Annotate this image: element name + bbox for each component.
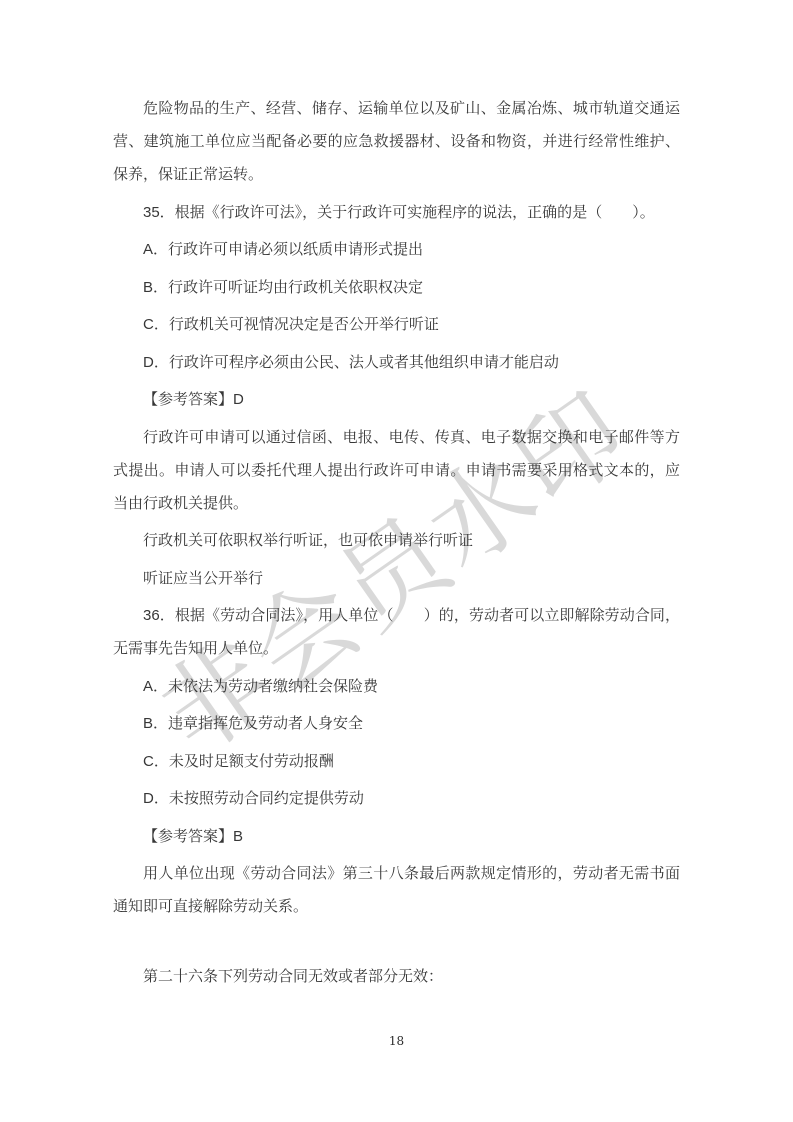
question-35-option-a: A．行政许可申请必须以纸质申请形式提出 xyxy=(113,233,680,266)
question-36-option-b: B．违章指挥危及劳动者人身安全 xyxy=(113,707,680,740)
page-number: 18 xyxy=(0,1034,793,1048)
question-36-option-a: A．未依法为劳动者缴纳社会保险费 xyxy=(113,670,680,703)
question-35-answer: 【参考答案】D xyxy=(113,383,680,416)
question-35-explanation-1: 行政许可申请可以通过信函、电报、电传、传真、电子数据交换和电子邮件等方式提出。申… xyxy=(113,421,680,520)
document-page: 非会员水印 危险物品的生产、经营、储存、运输单位以及矿山、金属冶炼、城市轨道交通… xyxy=(0,0,793,1122)
question-36-answer: 【参考答案】B xyxy=(113,820,680,853)
document-content: 危险物品的生产、经营、储存、运输单位以及矿山、金属冶炼、城市轨道交通运营、建筑施… xyxy=(113,92,680,998)
question-35-option-c: C．行政机关可视情况决定是否公开举行听证 xyxy=(113,308,680,341)
question-36-option-c: C．未及时足额支付劳动报酬 xyxy=(113,745,680,778)
question-35-explanation-2: 行政机关可依职权举行听证，也可依申请举行听证 xyxy=(113,524,680,557)
question-35-explanation-3: 听证应当公开举行 xyxy=(113,562,680,595)
question-36-option-d: D．未按照劳动合同约定提供劳动 xyxy=(113,782,680,815)
question-35-option-d: D．行政许可程序必须由公民、法人或者其他组织申请才能启动 xyxy=(113,346,680,379)
question-36-stem: 36．根据《劳动合同法》，用人单位（ ）的，劳动者可以立即解除劳动合同，无需事先… xyxy=(113,599,680,665)
body-paragraph-safety: 危险物品的生产、经营、储存、运输单位以及矿山、金属冶炼、城市轨道交通运营、建筑施… xyxy=(113,92,680,191)
question-35-stem: 35．根据《行政许可法》，关于行政许可实施程序的说法，正确的是（ ）。 xyxy=(113,196,680,229)
law-article-26-heading: 第二十六条下列劳动合同无效或者部分无效： xyxy=(113,960,680,993)
question-36-explanation: 用人单位出现《劳动合同法》第三十八条最后两款规定情形的，劳动者无需书面通知即可直… xyxy=(113,857,680,923)
question-35-option-b: B．行政许可听证均由行政机关依职权决定 xyxy=(113,271,680,304)
